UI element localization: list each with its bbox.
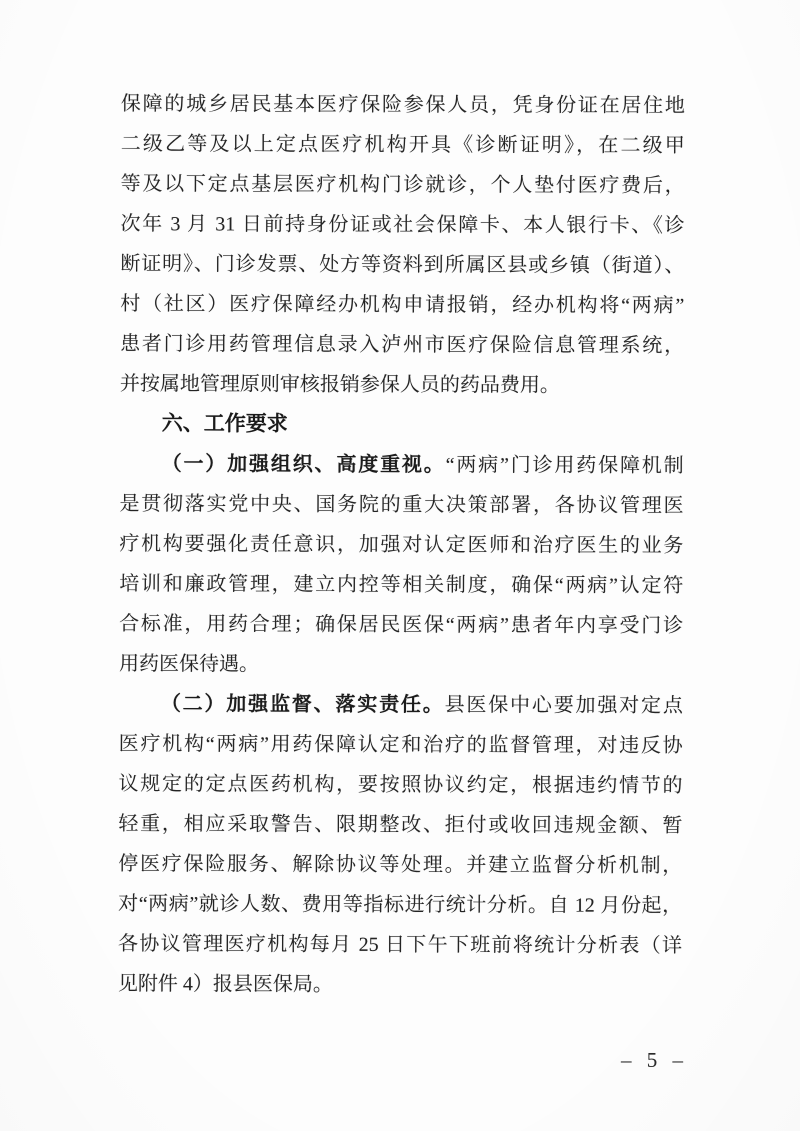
text-line: 轻重，相应采取警告、限期整改、拒付或收回违规金额、暂 [118,804,682,846]
paragraph-text: 用药医保待遇。 [119,653,259,675]
paragraph-text: 对“两病”就诊人数、费用等指标进行统计分析。自 12 月份起， [118,893,682,917]
paragraph-bold-lead: （二）加强监督、落实责任。 [161,693,445,716]
paragraph-text: 合标准，用药合理；确保居民医保“两病”患者年内享受门诊 [119,613,683,637]
text-line: 各协议管理医疗机构每月 25 日下午下班前将统计分析表（详 [118,924,682,966]
text-line: 合标准，用药合理；确保居民医保“两病”患者年内享受门诊 [119,604,683,646]
text-line: 断证明》、门诊发票、处方等资料到所属区县或乡镇（街道）、 [120,244,684,286]
document-page: 保障的城乡居民基本医疗保险参保人员，凭身份证在居住地二级乙等及以上定点医疗机构开… [0,0,800,1131]
paragraph-text: 并按属地管理原则审核报销参保人员的药品费用。 [120,373,560,397]
paragraph-text: 议规定的定点医药机构，要按照协议约定，根据违约情节的 [119,773,683,797]
paragraph-text: 轻重，相应采取警告、限期整改、拒付或收回违规金额、暂 [118,813,682,837]
text-line: 用药医保待遇。 [119,644,683,686]
text-line: 对“两病”就诊人数、费用等指标进行统计分析。自 12 月份起， [118,884,682,926]
text-line: 患者门诊用药管理信息录入泸州市医疗保险信息管理系统， [120,324,684,366]
text-line: 停医疗保险服务、解除协议等处理。并建立监督分析机制， [118,844,682,886]
text-line: 二级乙等及以上定点医疗机构开具《诊断证明》，在二级甲 [121,124,685,166]
paragraph-text: 次年 3 月 31 日前持身份证或社会保障卡、本人银行卡、《诊 [120,213,684,237]
text-line: 村（社区）医疗保障经办机构申请报销，经办机构将“两病” [120,284,684,326]
paragraph-text: 各协议管理医疗机构每月 25 日下午下班前将统计分析表（详 [118,933,682,957]
paragraph-text: 停医疗保险服务、解除协议等处理。并建立监督分析机制， [118,853,682,877]
paragraph-text: 医疗机构“两病”用药保障认定和治疗的监督管理，对违反协 [119,733,683,757]
text-line: 见附件 4）报县医保局。 [118,964,682,1006]
text-line: 议规定的定点医药机构，要按照协议约定，根据违约情节的 [118,764,682,806]
text-line: 是贯彻落实党中央、国务院的重大决策部署，各协议管理医 [119,484,683,526]
paragraph-text: 二级乙等及以上定点医疗机构开具《诊断证明》，在二级甲 [121,133,685,157]
document-body: 保障的城乡居民基本医疗保险参保人员，凭身份证在居住地二级乙等及以上定点医疗机构开… [118,84,685,1006]
paragraph-bold-lead: （一）加强组织、高度重视。 [162,453,446,476]
paragraph-text: 见附件 4）报县医保局。 [118,973,333,996]
section-heading: 六、工作要求 [120,404,684,446]
text-line: 培训和廉政管理，建立内控等相关制度，确保“两病”认定符 [119,564,683,606]
text-line: 医疗机构“两病”用药保障认定和治疗的监督管理，对违反协 [119,724,683,766]
paragraph-text: 村（社区）医疗保障经办机构申请报销，经办机构将“两病” [120,293,684,317]
paragraph-text: 患者门诊用药管理信息录入泸州市医疗保险信息管理系统， [120,333,684,357]
paragraph-text: 是贯彻落实党中央、国务院的重大决策部署，各协议管理医 [119,493,683,517]
paragraph-text: 等及以下定点基层医疗机构门诊就诊，个人垫付医疗费后， [121,173,685,197]
text-line: 等及以下定点基层医疗机构门诊就诊，个人垫付医疗费后， [121,164,685,206]
text-line: （一）加强组织、高度重视。“两病”门诊用药保障机制 [120,444,684,486]
text-line: 并按属地管理原则审核报销参保人员的药品费用。 [120,364,684,406]
page-number: – 5 – [621,1048,688,1073]
paragraph-text: 疗机构要强化责任意识，加强对认定医师和治疗医生的业务 [119,533,683,557]
text-line: 疗机构要强化责任意识，加强对认定医师和治疗医生的业务 [119,524,683,566]
paragraph-text: 六、工作要求 [162,412,288,435]
text-line: （二）加强监督、落实责任。县医保中心要加强对定点 [119,684,683,726]
paragraph-text: “两病”门诊用药保障机制 [446,454,684,477]
paragraph-text: 保障的城乡居民基本医疗保险参保人员，凭身份证在居住地 [121,93,685,117]
paragraph-text: 培训和廉政管理，建立内控等相关制度，确保“两病”认定符 [119,573,683,597]
text-line: 次年 3 月 31 日前持身份证或社会保障卡、本人银行卡、《诊 [120,204,684,246]
text-line: 保障的城乡居民基本医疗保险参保人员，凭身份证在居住地 [121,84,685,126]
paragraph-text: 县医保中心要加强对定点 [445,694,683,717]
paragraph-text: 断证明》、门诊发票、处方等资料到所属区县或乡镇（街道）、 [120,253,684,277]
